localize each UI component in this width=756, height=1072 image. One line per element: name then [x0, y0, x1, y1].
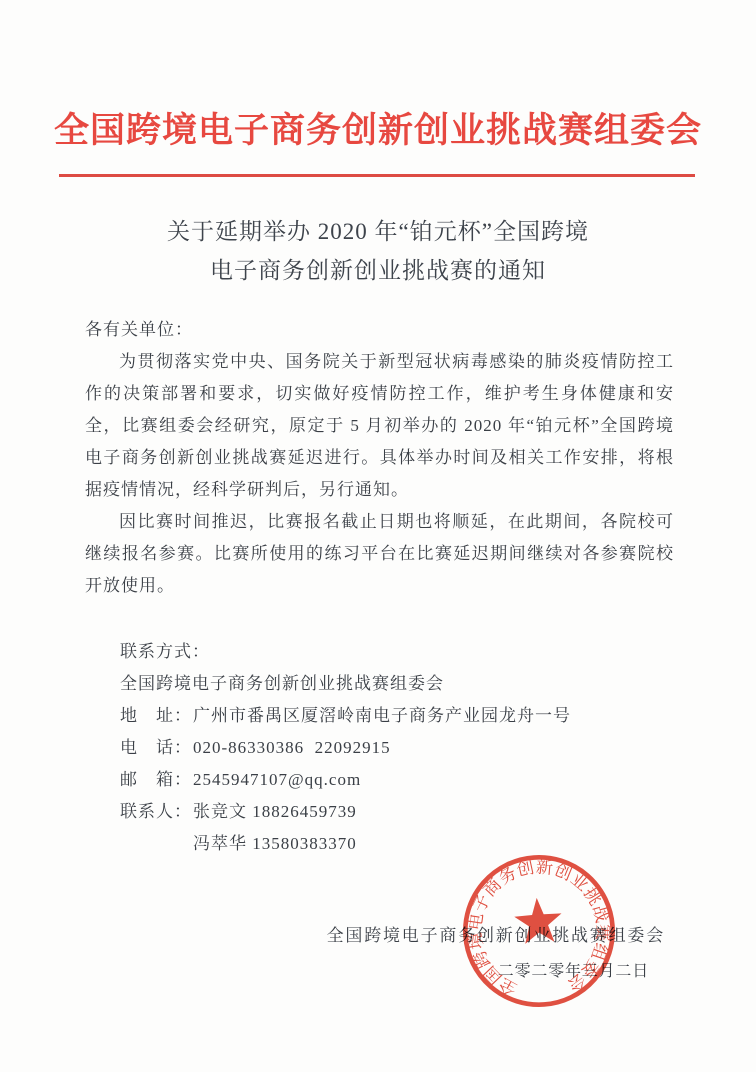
letterhead-divider-rule: [59, 174, 695, 177]
notice-title: 关于延期举办 2020 年“铂元杯”全国跨境 电子商务创新创业挑战赛的通知: [0, 212, 756, 290]
address-label: 地 址：: [120, 700, 193, 732]
phone-label: 电 话：: [120, 732, 193, 764]
notice-body: 各有关单位： 为贯彻落实党中央、国务院关于新型冠状病毒感染的肺炎疫情防控工作的决…: [85, 314, 674, 602]
notice-title-line1: 关于延期举办 2020 年“铂元杯”全国跨境: [0, 212, 756, 251]
letterhead-org-title: 全国跨境电子商务创新创业挑战赛组委会: [0, 103, 756, 153]
address-value: 广州市番禺区厦滘岭南电子商务产业园龙舟一号: [193, 706, 571, 725]
contact-row-address: 地 址：广州市番禺区厦滘岭南电子商务产业园龙舟一号: [120, 700, 680, 732]
person-label: 联系人：: [120, 796, 193, 828]
phone-value: 020-86330386 22092915: [193, 738, 391, 757]
contact-heading: 联系方式：: [120, 636, 680, 668]
official-seal: 全国跨境电子商务创新创业挑战赛组委会: [450, 842, 627, 1019]
contact-org: 全国跨境电子商务创新创业挑战赛组委会: [120, 668, 680, 700]
person1-value: 张竞文 18826459739: [193, 802, 357, 821]
seal-star-icon: [513, 896, 563, 944]
salutation: 各有关单位：: [85, 314, 674, 346]
email-label: 邮 箱：: [120, 764, 193, 796]
paragraph-2: 因比赛时间推迟，比赛报名截止日期也将顺延，在此期间，各院校可继续报名参赛。比赛所…: [85, 506, 674, 602]
notice-title-line2: 电子商务创新创业挑战赛的通知: [0, 251, 756, 290]
contact-row-email: 邮 箱：2545947107@qq.com: [120, 764, 680, 796]
contact-block: 联系方式： 全国跨境电子商务创新创业挑战赛组委会 地 址：广州市番禺区厦滘岭南电…: [120, 636, 680, 860]
contact-row-person1: 联系人：张竞文 18826459739: [120, 796, 680, 828]
person2-value: 冯萃华 13580383370: [193, 834, 357, 853]
contact-row-phone: 电 话：020-86330386 22092915: [120, 732, 680, 764]
email-value: 2545947107@qq.com: [193, 770, 361, 789]
scanned-notice-page: 全国跨境电子商务创新创业挑战赛组委会 关于延期举办 2020 年“铂元杯”全国跨…: [0, 0, 756, 1072]
paragraph-1: 为贯彻落实党中央、国务院关于新型冠状病毒感染的肺炎疫情防控工作的决策部署和要求，…: [85, 346, 674, 506]
